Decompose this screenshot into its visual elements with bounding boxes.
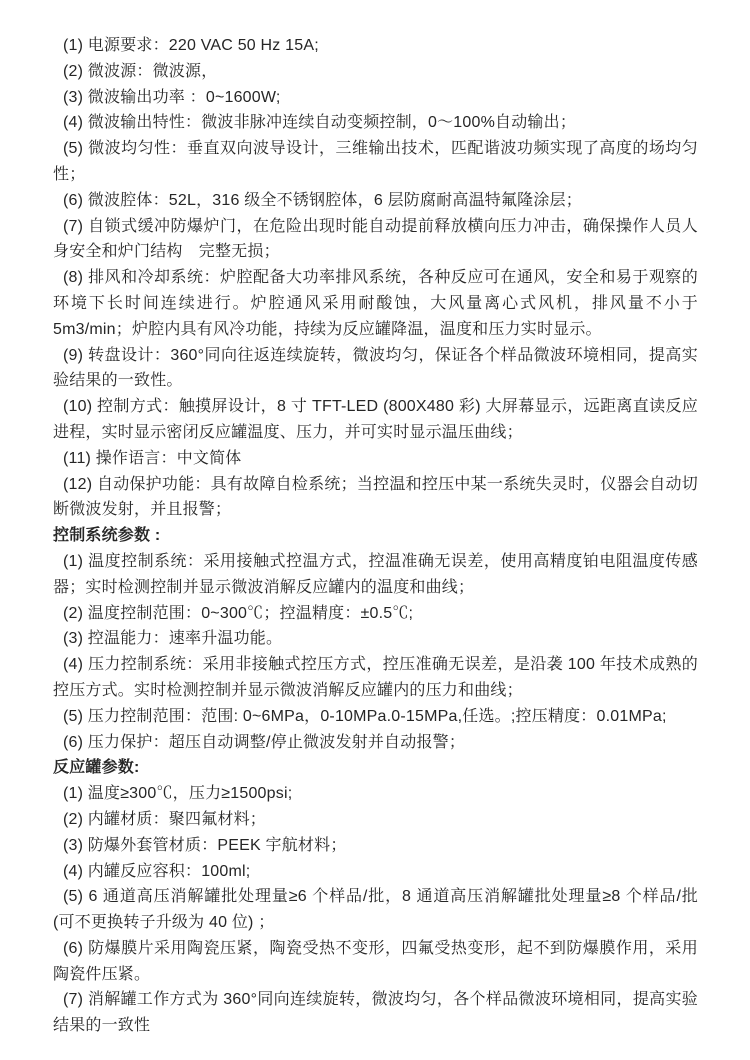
spec-item: (7) 消解罐工作方式为 360°同向连续旋转，微波均匀，各个样品微波环境相同，… <box>53 987 698 1039</box>
spec-item: (2) 微波源：微波源， <box>53 59 698 85</box>
spec-item: (1) 电源要求：220 VAC 50 Hz 15A; <box>53 33 698 59</box>
spec-item: (3) 控温能力：速率升温功能。 <box>53 626 698 652</box>
spec-item: (4) 压力控制系统：采用非接触式控压方式，控压准确无误差，是沿袭 100 年技… <box>53 652 698 704</box>
section-heading-control-system: 控制系统参数 : <box>53 523 698 549</box>
spec-item: (6) 防爆膜片采用陶瓷压紧，陶瓷受热不变形，四氟受热变形，起不到防爆膜作用，采… <box>53 936 698 988</box>
section-heading-reaction-vessel: 反应罐参数: <box>53 755 698 781</box>
spec-item: (11) 操作语言：中文简体 <box>53 446 698 472</box>
spec-section-reaction-vessel: 反应罐参数: (1) 温度≥300℃，压力≥1500psi; (2) 内罐材质：… <box>53 755 698 1039</box>
spec-item: (6) 微波腔体：52L，316 级全不锈钢腔体，6 层防腐耐高温特氟隆涂层； <box>53 188 698 214</box>
spec-item: (5) 压力控制范围：范围: 0~6MPa，0-10MPa.0-15MPa,任选… <box>53 704 698 730</box>
spec-item: (4) 内罐反应容积：100ml; <box>53 859 698 885</box>
spec-item: (10) 控制方式：触摸屏设计，8 寸 TFT-LED (800X480 彩) … <box>53 394 698 446</box>
spec-item: (1) 温度≥300℃，压力≥1500psi; <box>53 781 698 807</box>
spec-item: (4) 微波输出特性：微波非脉冲连续自动变频控制，0～100%自动输出； <box>53 110 698 136</box>
spec-item: (3) 防爆外套管材质：PEEK 宇航材料； <box>53 833 698 859</box>
spec-item: (7) 自锁式缓冲防爆炉门，在危险出现时能自动提前释放横向压力冲击，确保操作人员… <box>53 214 698 266</box>
spec-item: (1) 温度控制系统：采用接触式控温方式，控温准确无误差，使用高精度铂电阻温度传… <box>53 549 698 601</box>
spec-item: (5) 微波均匀性：垂直双向波导设计，三维输出技术，匹配谐波功频实现了高度的场均… <box>53 136 698 188</box>
spec-document-page: (1) 电源要求：220 VAC 50 Hz 15A; (2) 微波源：微波源，… <box>0 0 750 1060</box>
spec-item: (5) 6 通道高压消解罐批处理量≥6 个样品/批，8 通道高压消解罐批处理量≥… <box>53 884 698 936</box>
spec-item: (2) 温度控制范围：0~300℃；控温精度：±0.5℃; <box>53 601 698 627</box>
spec-item: (6) 压力保护：超压自动调整/停止微波发射并自动报警； <box>53 730 698 756</box>
spec-item: (12) 自动保护功能：具有故障自检系统；当控温和控压中某一系统失灵时，仪器会自… <box>53 472 698 524</box>
spec-item: (2) 内罐材质：聚四氟材料； <box>53 807 698 833</box>
spec-section-control-system: 控制系统参数 : (1) 温度控制系统：采用接触式控温方式，控温准确无误差，使用… <box>53 523 698 755</box>
spec-section-general: (1) 电源要求：220 VAC 50 Hz 15A; (2) 微波源：微波源，… <box>53 33 698 523</box>
spec-item: (8) 排风和冷却系统：炉腔配备大功率排风系统，各种反应可在通风，安全和易于观察… <box>53 265 698 342</box>
spec-item: (3) 微波输出功率 ：0~1600W; <box>53 85 698 111</box>
spec-item: (9) 转盘设计：360°同向往返连续旋转，微波均匀，保证各个样品微波环境相同，… <box>53 343 698 395</box>
